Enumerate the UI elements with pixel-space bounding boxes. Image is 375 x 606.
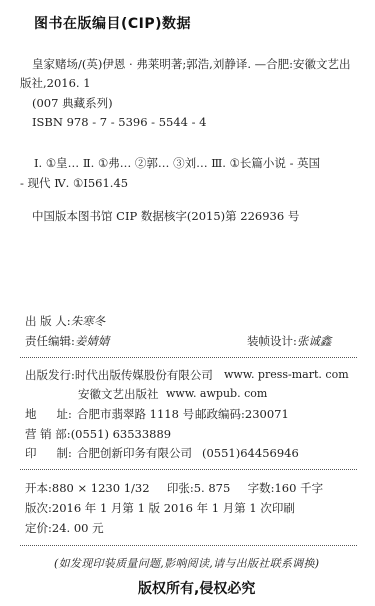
distributor-url: www. press-mart. com — [224, 368, 349, 382]
printer-name: 合肥创新印务有限公司 — [77, 446, 192, 460]
format-value: 880 × 1230 1/32 — [52, 481, 150, 495]
designer-name: 张诚鑫 — [297, 334, 332, 348]
designer-row: 装帧设计:张诚鑫 — [247, 334, 331, 348]
postcode-row: 邮政编码:230071 — [195, 407, 289, 421]
dotted-divider-1 — [20, 357, 357, 358]
editor-label: 责任编辑: — [25, 334, 75, 348]
cip-series: (007 典藏系列) — [32, 96, 113, 110]
postcode-value: 230071 — [245, 407, 289, 421]
cip-record-line2: 版社,2016. 1 — [20, 76, 91, 90]
edition-value: 2016 年 1 月第 1 版 2016 年 1 月第 1 次印刷 — [52, 501, 295, 515]
cip-classification-line2: - 现代 Ⅳ. ①I561.45 — [20, 176, 128, 190]
editor-row: 责任编辑:姜婧婧 — [25, 334, 109, 348]
publisher-url: www. awpub. com — [166, 387, 267, 401]
marketing-row: 营 销 部:(0551) 63533889 — [25, 427, 171, 441]
address-row: 地址:合肥市翡翠路 1118 号 — [25, 407, 194, 421]
price-label: 定价: — [25, 521, 52, 535]
distributor-name: 时代出版传媒股份有限公司 — [75, 368, 213, 382]
editor-name: 姜婧婧 — [75, 334, 110, 348]
distributor-row: 出版发行:时代出版传媒股份有限公司 — [25, 368, 213, 382]
quality-notice: (如发现印装质量问题,影响阅读,请与出版社联系调换) — [54, 555, 319, 571]
edition-label: 版次: — [25, 501, 52, 515]
dotted-divider-3 — [20, 545, 357, 546]
cip-record-line1: 皇家赌场/(英)伊恩 · 弗莱明著;郭浩,刘静译. —合肥:安徽文艺出 — [32, 57, 351, 71]
price-value: 24. 00 元 — [52, 521, 104, 535]
publisher-person-row: 出 版 人:朱寒冬 — [25, 314, 105, 328]
format-label: 开本: — [25, 481, 52, 495]
distributor-label: 出版发行: — [25, 368, 75, 382]
publisher-person-name: 朱寒冬 — [71, 314, 106, 328]
publisher-name: 安徽文艺出版社 — [78, 387, 159, 401]
sheets-value: 5. 875 — [194, 481, 231, 495]
edition-row: 版次:2016 年 1 月第 1 版 2016 年 1 月第 1 次印刷 — [25, 501, 295, 515]
words-label: 字数: — [248, 481, 275, 495]
publisher-person-label: 出 版 人: — [25, 314, 71, 328]
sheets-label: 印张: — [167, 481, 194, 495]
cip-title: 图书在版编目(CIP)数据 — [34, 13, 191, 33]
marketing-label: 营 销 部: — [25, 427, 71, 441]
copyright-notice: 版权所有,侵权必究 — [138, 578, 255, 598]
printing-label: 印制: — [25, 446, 77, 460]
printer-phone: (0551)64456946 — [202, 446, 299, 460]
designer-label: 装帧设计: — [247, 334, 297, 348]
dotted-divider-2 — [20, 469, 357, 470]
address-label: 地址: — [25, 407, 77, 421]
cip-classification-line1: Ⅰ. ①皇… Ⅱ. ①弗… ②郭… ③刘… Ⅲ. ①长篇小说 - 英国 — [34, 156, 320, 170]
postcode-label: 邮政编码: — [195, 407, 245, 421]
price-row: 定价:24. 00 元 — [25, 521, 104, 535]
address-value: 合肥市翡翠路 1118 号 — [77, 407, 194, 421]
cip-isbn: ISBN 978 - 7 - 5396 - 5544 - 4 — [32, 115, 207, 129]
marketing-phone: (0551) 63533889 — [71, 427, 171, 441]
printing-row: 印制:合肥创新印务有限公司 — [25, 446, 192, 460]
format-row: 开本:880 × 1230 1/32 印张:5. 875 字数:160 千字 — [25, 481, 323, 495]
words-value: 160 千字 — [274, 481, 323, 495]
cip-verification-number: 中国版本图书馆 CIP 数据核字(2015)第 226936 号 — [32, 209, 299, 223]
